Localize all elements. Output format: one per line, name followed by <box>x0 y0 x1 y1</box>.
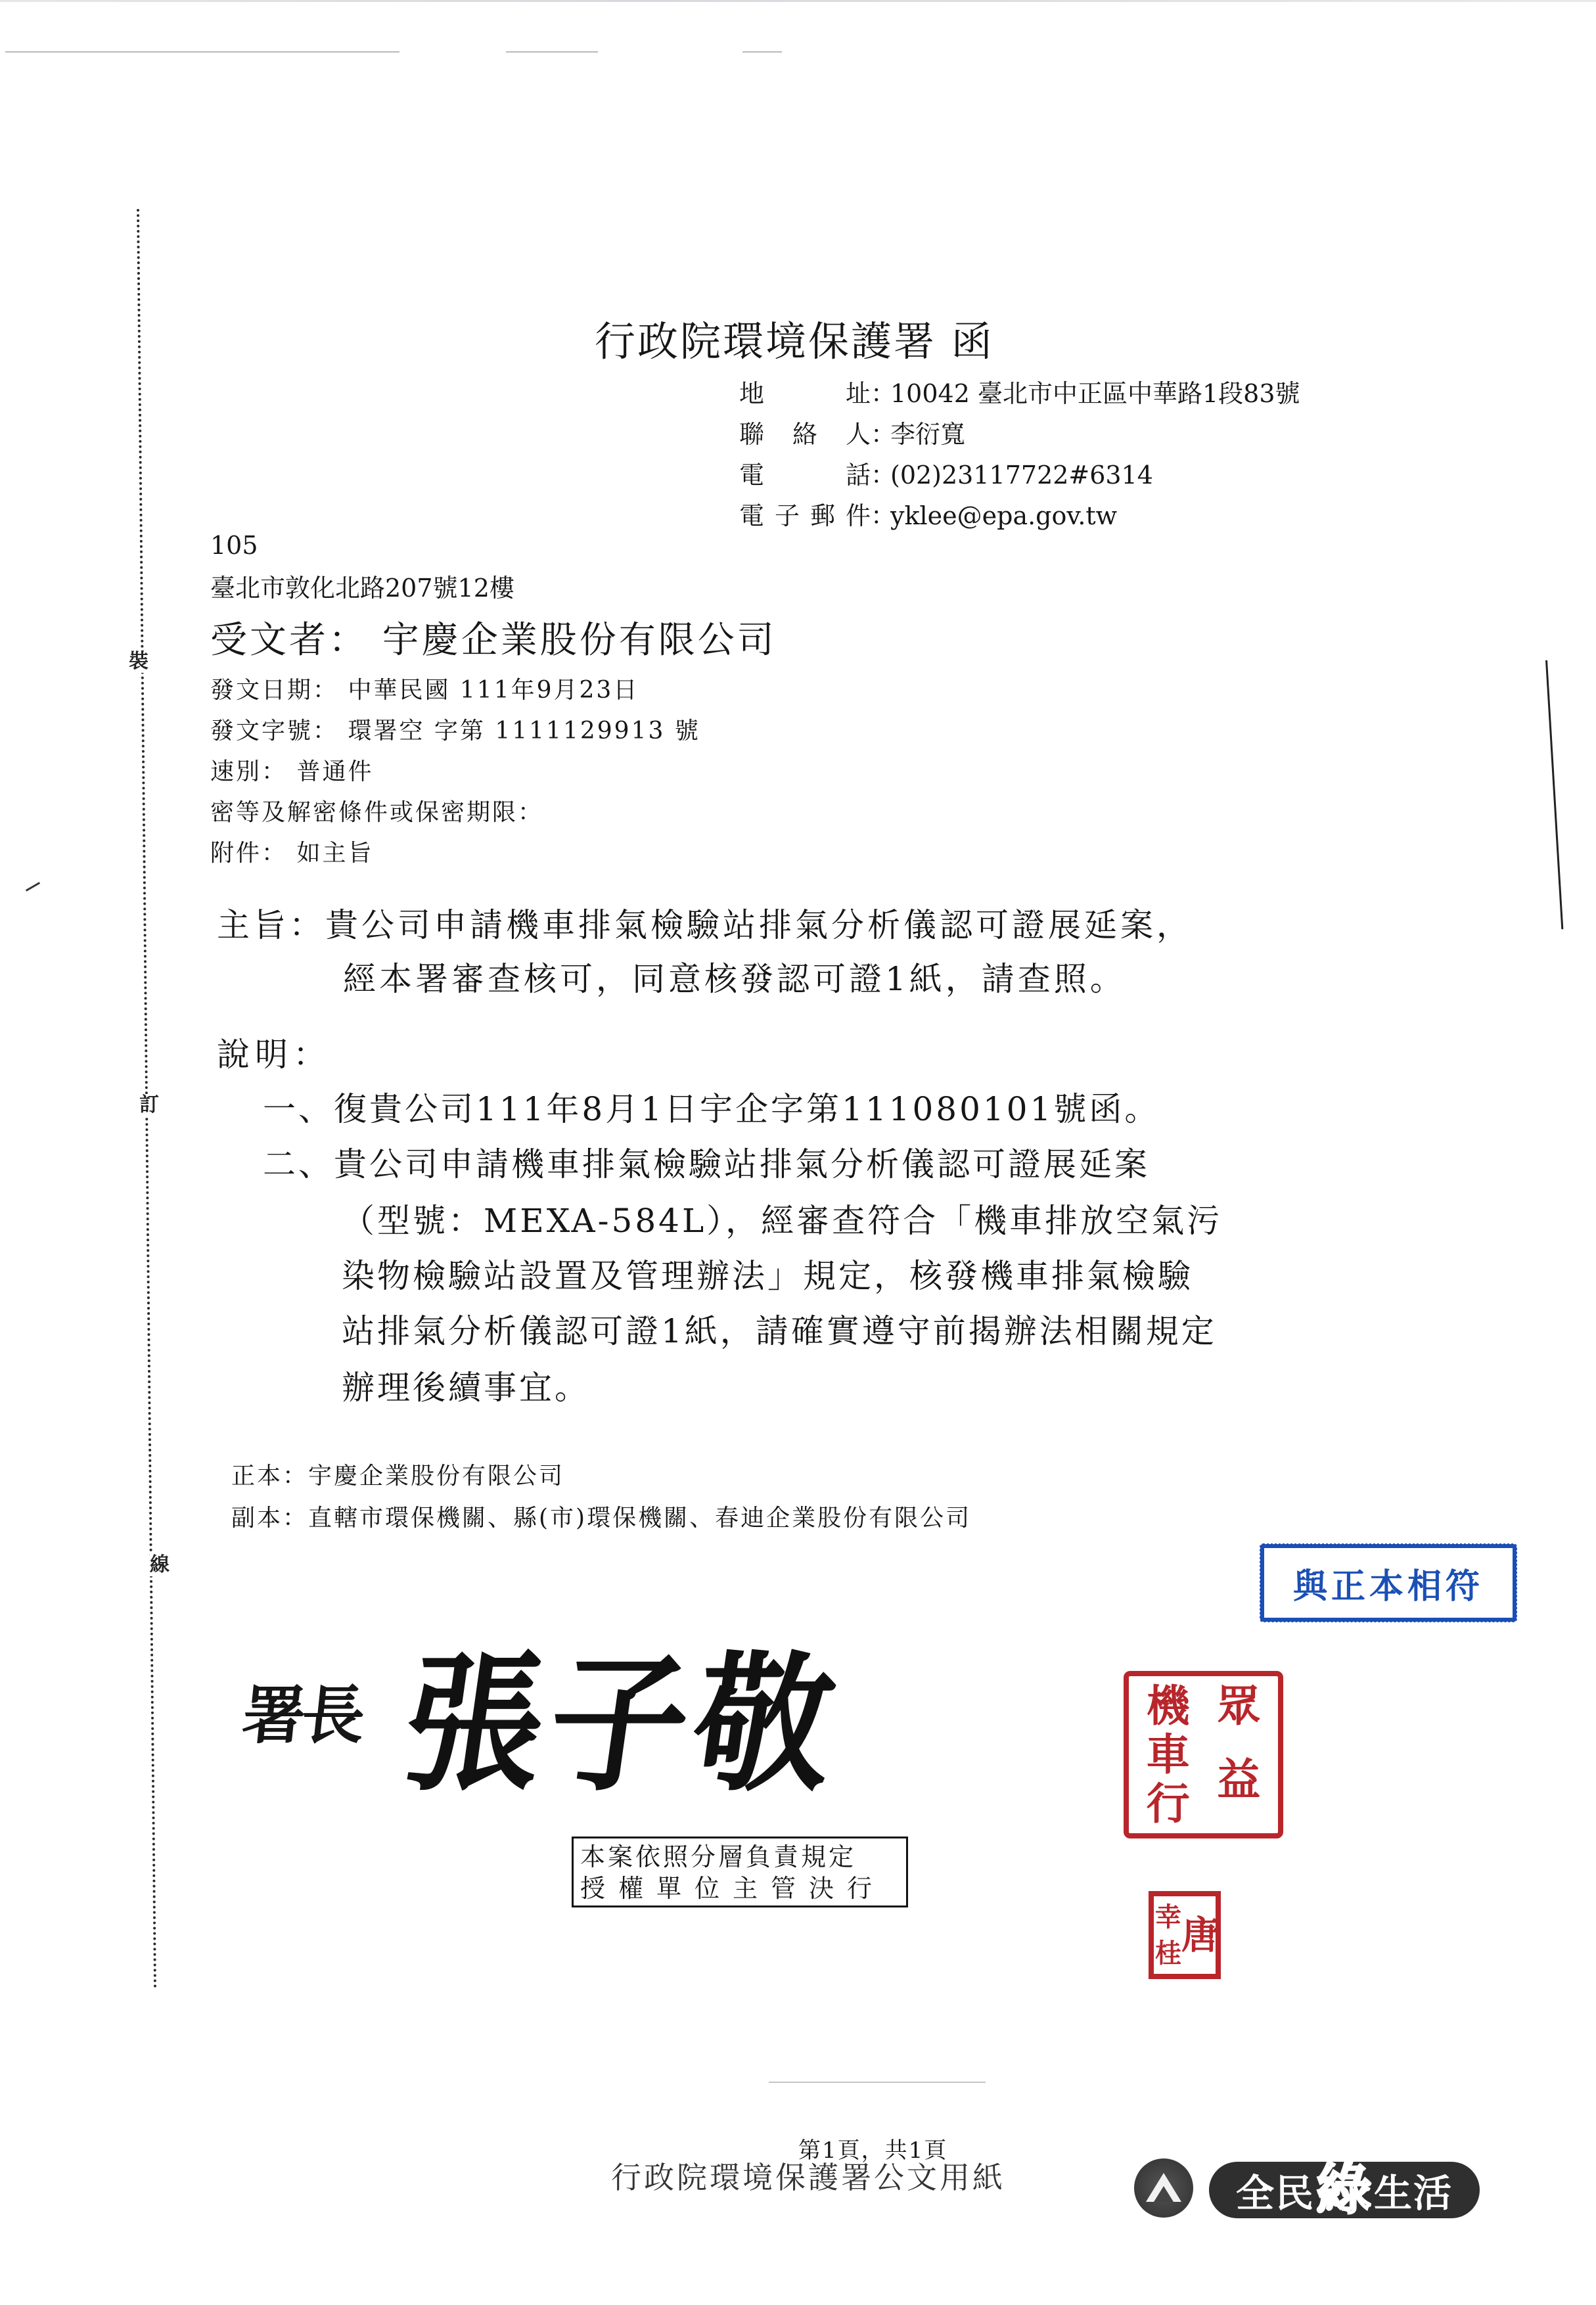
scan-artifact-mark <box>26 882 40 892</box>
binding-mark-xian: 線 <box>150 1554 170 1576</box>
company-seal: 機 車 行 眾 益 <box>1124 1671 1283 1838</box>
seal-char: 益 <box>1204 1730 1275 1828</box>
seal-char: 機 <box>1133 1681 1204 1730</box>
scan-artifact-line <box>5 51 399 53</box>
contact-person-value: 李衍寬 <box>890 414 965 450</box>
scan-artifact-line <box>506 51 598 53</box>
contact-label: 電子郵件 <box>739 495 871 532</box>
scan-right-edge <box>1545 660 1563 929</box>
scan-artifact-line <box>742 51 782 53</box>
contact-colon: ： <box>871 495 890 532</box>
contact-person-row: 聯絡人 ： 李衍寬 <box>739 414 965 450</box>
personal-seal: 幸 桂 唐 <box>1149 1891 1221 1979</box>
seal-char: 幸 <box>1155 1899 1181 1935</box>
binding-mark-ding: 訂 <box>139 1094 159 1116</box>
explanation-item-2: 二、貴公司申請機車排氣檢驗站排氣分析儀認可證展延案 <box>263 1138 1150 1185</box>
subject-line-1: 主旨：貴公司申請機車排氣檢驗站排氣分析儀認可證展延案， <box>217 899 1193 946</box>
explanation-item-2-cont: 染物檢驗站設置及管理辦法」規定，核發機車排氣檢驗 <box>342 1250 1193 1297</box>
delegation-note-line-1: 本案依照分層負責規定 <box>580 1841 901 1873</box>
footer-official-paper: 行政院環境保護署公文用紙 <box>611 2154 1005 2197</box>
certified-copy-stamp: 與正本相符 <box>1260 1544 1516 1622</box>
binding-mark-zhuang: 裝 <box>129 650 148 673</box>
logo-text-part: 生活 <box>1374 2162 1453 2218</box>
contact-label: 地址 <box>739 373 871 409</box>
recipient-postal-code: 105 <box>210 531 258 560</box>
logo-text-accent: 綠 <box>1316 2145 1373 2225</box>
green-life-logo-icon <box>1134 2158 1193 2218</box>
contact-phone-row: 電話 ： (02)23117722#6314 <box>739 455 1153 491</box>
explanation-item-2-cont: 站排氣分析儀認可證1紙，請確實遵守前揭辦法相關規定 <box>342 1305 1217 1352</box>
contact-colon: ： <box>871 455 890 491</box>
contact-phone-value: (02)23117722#6314 <box>890 461 1153 490</box>
seal-char: 桂 <box>1155 1935 1181 1971</box>
subject-line-2: 經本署審查核可，同意核發認可證1紙，請查照。 <box>343 953 1126 1000</box>
seal-char: 眾 <box>1204 1681 1275 1730</box>
contact-email-row: 電子郵件 ： yklee@epa.gov.tw <box>739 495 1117 532</box>
explanation-label: 說明： <box>217 1028 331 1076</box>
signature-name: 張子敬 <box>392 1605 856 1819</box>
seal-char: 行 <box>1133 1779 1204 1828</box>
scan-top-edge <box>0 0 1596 2</box>
document-number: 發文字號： 環署空 字第 1111129913 號 <box>210 712 700 746</box>
signature-title: 署長 <box>239 1666 366 1756</box>
copy-recipients: 副本：直轄市環保機關、縣(市)環保機關、春迪企業股份有限公司 <box>231 1499 971 1533</box>
confidentiality: 密等及解密條件或保密期限： <box>210 794 543 827</box>
contact-address-row: 地址 ： 10042 臺北市中正區中華路1段83號 <box>739 373 1300 409</box>
contact-label: 電話 <box>739 455 871 491</box>
explanation-item-2-cont: 辦理後續事宜。 <box>342 1361 590 1409</box>
contact-address-value: 10042 臺北市中正區中華路1段83號 <box>890 373 1300 409</box>
contact-label: 聯絡人 <box>739 414 871 450</box>
contact-colon: ： <box>871 414 890 450</box>
original-recipient: 正本：宇慶企業股份有限公司 <box>231 1457 564 1491</box>
recipient-address: 臺北市敦化北路207號12樓 <box>210 568 514 604</box>
contact-colon: ： <box>871 373 890 409</box>
delivery-speed: 速別： 普通件 <box>210 753 373 787</box>
seal-char: 車 <box>1133 1730 1204 1779</box>
scan-artifact-line <box>769 2082 986 2083</box>
delegation-note-box: 本案依照分層負責規定 授權單位主管決行 <box>572 1837 908 1907</box>
document-title: 行政院環境保護署 函 <box>595 309 994 367</box>
delegation-note-line-2: 授權單位主管決行 <box>580 1873 901 1904</box>
explanation-item-2-cont: （型號：MEXA-584L），經審查符合「機車排放空氣污 <box>342 1195 1222 1242</box>
attachment: 附件： 如主旨 <box>210 834 373 868</box>
issue-date: 發文日期： 中華民國 111年9月23日 <box>210 672 639 705</box>
contact-email-value: yklee@epa.gov.tw <box>890 501 1117 530</box>
explanation-item-1: 一、復貴公司111年8月1日宇企字第111080101號函。 <box>263 1083 1160 1130</box>
green-life-logo-text: 全民 綠 生活 <box>1209 2162 1480 2218</box>
seal-char: 唐 <box>1181 1899 1220 1971</box>
recipient: 受文者： 宇慶企業股份有限公司 <box>210 611 777 664</box>
logo-text-part: 全民 <box>1236 2162 1315 2218</box>
